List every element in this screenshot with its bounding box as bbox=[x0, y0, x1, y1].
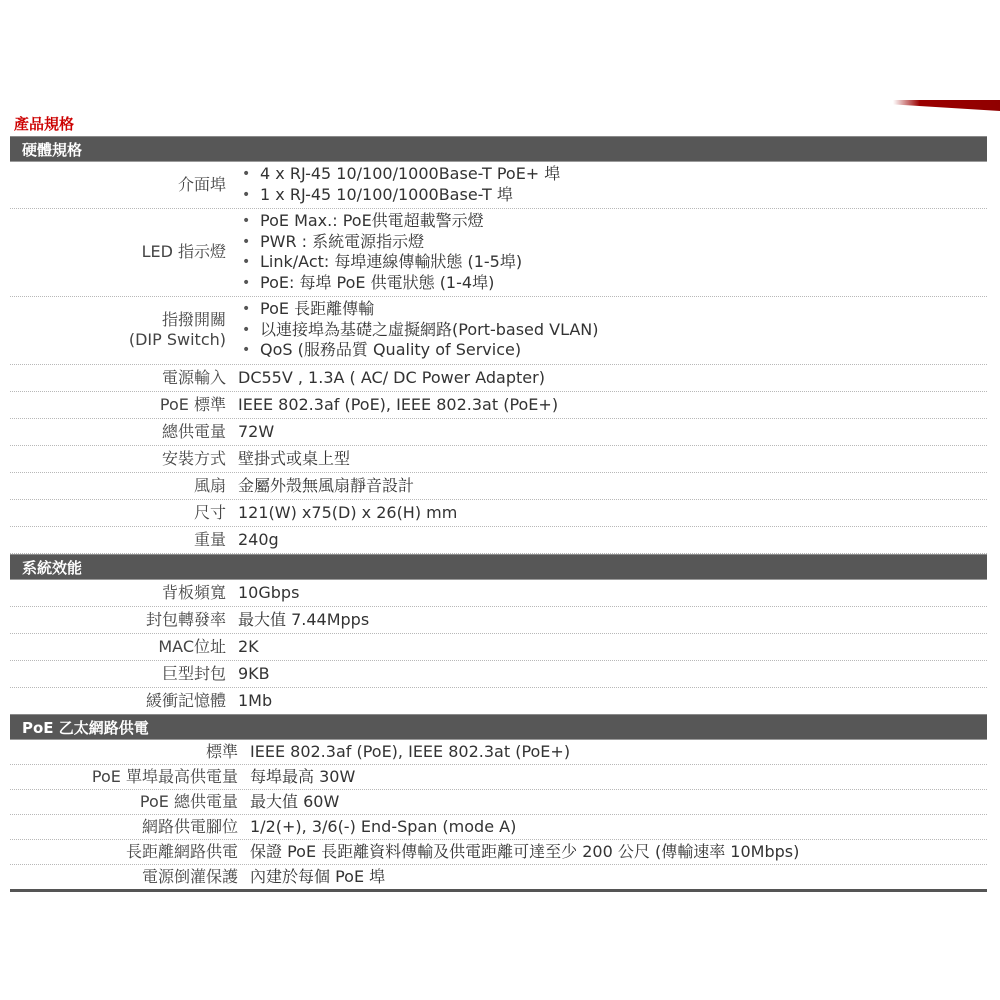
decorative-accent-swoosh bbox=[893, 100, 1000, 111]
spec-label-line: 指撥開關 bbox=[10, 310, 226, 330]
spec-value: 每埠最高 30W bbox=[250, 764, 355, 790]
spec-row-power-pins: 網路供電腳位 1/2(+), 3/6(-) End-Span (mode A) bbox=[10, 815, 987, 840]
spec-label: PoE 單埠最高供電量 bbox=[10, 764, 250, 790]
spec-bullet-item: Link/Act: 每埠連線傳輸狀態 (1-5埠) bbox=[238, 252, 522, 273]
spec-label: PoE 總供電量 bbox=[10, 789, 250, 815]
spec-value: IEEE 802.3af (PoE), IEEE 802.3at (PoE+) bbox=[250, 739, 570, 765]
spec-bullet-item: PWR : 系統電源指示燈 bbox=[238, 232, 522, 253]
spec-bullet-item: 1 x RJ-45 10/100/1000Base-T 埠 bbox=[238, 185, 560, 206]
section-header-hardware: 硬體規格 bbox=[10, 136, 987, 162]
spec-row-poe-total-power: PoE 總供電量 最大值 60W bbox=[10, 790, 987, 815]
spec-label: PoE 標準 bbox=[10, 392, 238, 418]
spec-value: 9KB bbox=[238, 661, 270, 687]
spec-label: 巨型封包 bbox=[10, 661, 238, 687]
spec-value: 240g bbox=[238, 527, 279, 553]
section-header-poe: PoE 乙太網路供電 bbox=[10, 714, 987, 740]
spec-bullet-item: PoE 長距離傳輸 bbox=[238, 299, 599, 320]
spec-row-dip-switch: 指撥開關 (DIP Switch) PoE 長距離傳輸 以連接埠為基礎之虛擬網路… bbox=[10, 297, 987, 365]
spec-value: 72W bbox=[238, 419, 274, 445]
spec-table: 硬體規格 介面埠 4 x RJ-45 10/100/1000Base-T PoE… bbox=[10, 136, 987, 892]
spec-value: 121(W) x75(D) x 26(H) mm bbox=[238, 500, 457, 526]
spec-label: 安裝方式 bbox=[10, 446, 238, 472]
spec-row-backflow-protection: 電源倒灌保護 內建於每個 PoE 埠 bbox=[10, 865, 987, 892]
spec-row-led-indicators: LED 指示燈 PoE Max.: PoE供電超載警示燈 PWR : 系統電源指… bbox=[10, 209, 987, 297]
spec-label: 指撥開關 (DIP Switch) bbox=[10, 310, 238, 350]
spec-label: 風扇 bbox=[10, 473, 238, 499]
section-header-performance: 系統效能 bbox=[10, 554, 987, 580]
spec-label: 電源輸入 bbox=[10, 365, 238, 391]
spec-value: 1Mb bbox=[238, 688, 272, 714]
spec-row-power-input: 電源輸入 DC55V , 1.3A ( AC/ DC Power Adapter… bbox=[10, 365, 987, 392]
spec-label: MAC位址 bbox=[10, 634, 238, 660]
spec-label: 標準 bbox=[10, 739, 250, 765]
spec-value: 1/2(+), 3/6(-) End-Span (mode A) bbox=[250, 814, 516, 840]
spec-row-total-power: 總供電量 72W bbox=[10, 419, 987, 446]
spec-bullet-list: 4 x RJ-45 10/100/1000Base-T PoE+ 埠 1 x R… bbox=[238, 164, 560, 205]
spec-row-mounting: 安裝方式 壁掛式或桌上型 bbox=[10, 446, 987, 473]
spec-row-poe-standard: PoE 標準 IEEE 802.3af (PoE), IEEE 802.3at … bbox=[10, 392, 987, 419]
spec-row-poe-std: 標準 IEEE 802.3af (PoE), IEEE 802.3at (PoE… bbox=[10, 740, 987, 765]
spec-bullet-item: PoE: 每埠 PoE 供電狀態 (1-4埠) bbox=[238, 273, 522, 294]
spec-label: 重量 bbox=[10, 527, 238, 553]
spec-value: 10Gbps bbox=[238, 580, 299, 606]
spec-value: 2K bbox=[238, 634, 259, 660]
spec-row-backplane: 背板頻寬 10Gbps bbox=[10, 580, 987, 607]
spec-label: 電源倒灌保護 bbox=[10, 864, 250, 890]
spec-row-weight: 重量 240g bbox=[10, 527, 987, 554]
spec-value: 內建於每個 PoE 埠 bbox=[250, 864, 385, 890]
spec-label: 背板頻寬 bbox=[10, 580, 238, 606]
spec-bullet-item: 4 x RJ-45 10/100/1000Base-T PoE+ 埠 bbox=[238, 164, 560, 185]
spec-value: 金屬外殼無風扇靜音設計 bbox=[238, 473, 414, 499]
spec-row-dimensions: 尺寸 121(W) x75(D) x 26(H) mm bbox=[10, 500, 987, 527]
spec-row-long-range-poe: 長距離網路供電 保證 PoE 長距離資料傳輸及供電距離可達至少 200 公尺 (… bbox=[10, 840, 987, 865]
spec-label: 尺寸 bbox=[10, 500, 238, 526]
spec-value: IEEE 802.3af (PoE), IEEE 802.3at (PoE+) bbox=[238, 392, 558, 418]
spec-value: 壁掛式或桌上型 bbox=[238, 446, 350, 472]
spec-row-per-port-power: PoE 單埠最高供電量 每埠最高 30W bbox=[10, 765, 987, 790]
spec-label: 總供電量 bbox=[10, 419, 238, 445]
spec-label: 封包轉發率 bbox=[10, 607, 238, 633]
spec-value: 保證 PoE 長距離資料傳輸及供電距離可達至少 200 公尺 (傳輸速率 10M… bbox=[250, 839, 799, 865]
spec-row-interface-ports: 介面埠 4 x RJ-45 10/100/1000Base-T PoE+ 埠 1… bbox=[10, 162, 987, 209]
spec-bullet-item: 以連接埠為基礎之虛擬網路(Port-based VLAN) bbox=[238, 320, 599, 341]
spec-row-forwarding-rate: 封包轉發率 最大值 7.44Mpps bbox=[10, 607, 987, 634]
spec-value: DC55V , 1.3A ( AC/ DC Power Adapter) bbox=[238, 365, 545, 391]
spec-label: 緩衝記憶體 bbox=[10, 688, 238, 714]
spec-label: 長距離網路供電 bbox=[10, 839, 250, 865]
spec-bullet-item: QoS (服務品質 Quality of Service) bbox=[238, 340, 599, 361]
spec-bullet-item: PoE Max.: PoE供電超載警示燈 bbox=[238, 211, 522, 232]
spec-row-buffer-memory: 緩衝記憶體 1Mb bbox=[10, 688, 987, 714]
spec-label: LED 指示燈 bbox=[10, 242, 238, 262]
spec-bullet-list: PoE 長距離傳輸 以連接埠為基礎之虛擬網路(Port-based VLAN) … bbox=[238, 299, 599, 361]
page-title: 產品規格 bbox=[14, 113, 74, 134]
spec-row-mac-address: MAC位址 2K bbox=[10, 634, 987, 661]
spec-value: 最大值 7.44Mpps bbox=[238, 607, 369, 633]
spec-row-fan: 風扇 金屬外殼無風扇靜音設計 bbox=[10, 473, 987, 500]
spec-bullet-list: PoE Max.: PoE供電超載警示燈 PWR : 系統電源指示燈 Link/… bbox=[238, 211, 522, 293]
spec-label: 介面埠 bbox=[10, 175, 238, 195]
spec-label-line: (DIP Switch) bbox=[10, 330, 226, 350]
spec-row-jumbo-frame: 巨型封包 9KB bbox=[10, 661, 987, 688]
spec-value: 最大值 60W bbox=[250, 789, 339, 815]
spec-label: 網路供電腳位 bbox=[10, 814, 250, 840]
